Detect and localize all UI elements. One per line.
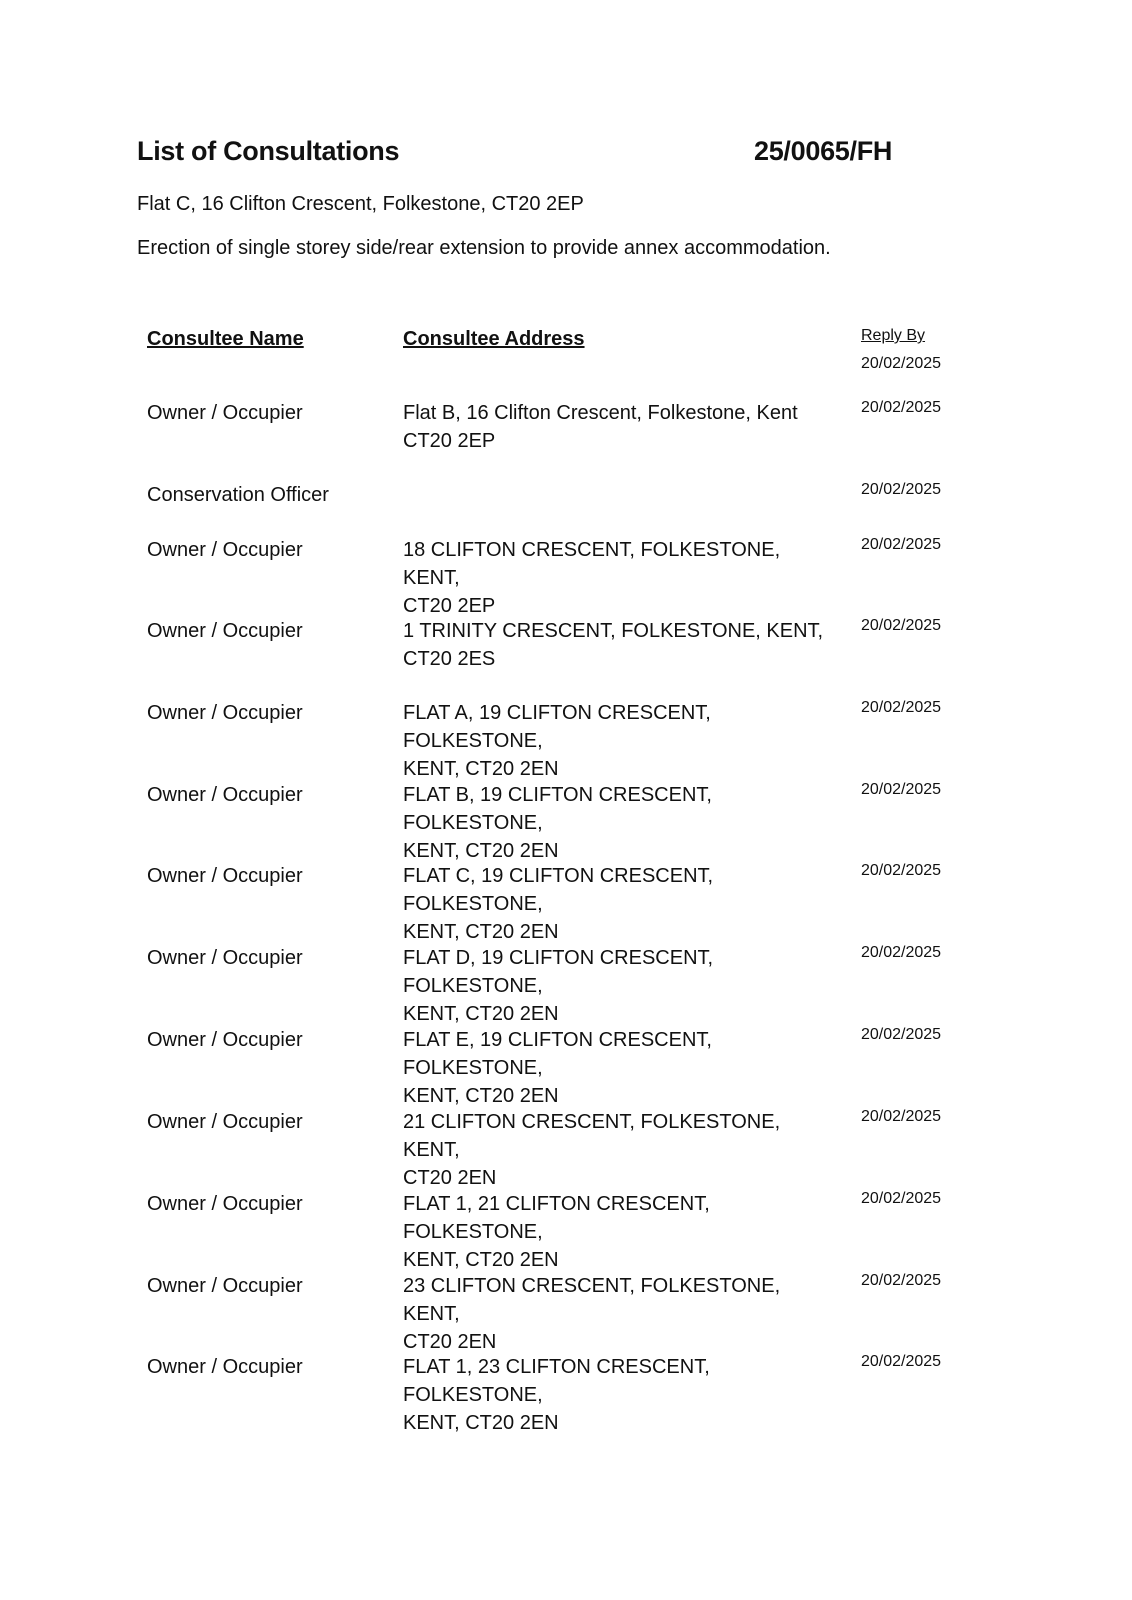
consultee-name: Owner / Occupier (147, 781, 303, 809)
reply-by-date: 20/02/2025 (861, 479, 941, 501)
table-row: Owner / OccupierFlat B, 16 Clifton Cresc… (0, 399, 1132, 469)
consultee-name: Owner / Occupier (147, 1272, 303, 1300)
consultee-address: FLAT 1, 21 CLIFTON CRESCENT, FOLKESTONE,… (403, 1190, 833, 1274)
consultee-address: Flat B, 16 Clifton Crescent, Folkestone,… (403, 399, 833, 455)
consultee-name: Owner / Occupier (147, 536, 303, 564)
consultee-name: Owner / Occupier (147, 699, 303, 727)
column-header-reply-by: Reply By (861, 327, 925, 345)
table-row: Owner / Occupier21 CLIFTON CRESCENT, FOL… (0, 1108, 1132, 1178)
reply-by-date: 20/02/2025 (861, 1188, 941, 1210)
consultee-address: FLAT A, 19 CLIFTON CRESCENT, FOLKESTONE,… (403, 699, 833, 783)
consultee-name: Owner / Occupier (147, 1026, 303, 1054)
reply-by-date: 20/02/2025 (861, 942, 941, 964)
table-row: Owner / OccupierFLAT D, 19 CLIFTON CRESC… (0, 944, 1132, 1014)
table-row: Owner / OccupierFLAT B, 19 CLIFTON CRESC… (0, 781, 1132, 851)
reply-by-date: 20/02/2025 (861, 397, 941, 419)
table-row: Owner / OccupierFLAT A, 19 CLIFTON CRESC… (0, 699, 1132, 769)
consultee-name: Owner / Occupier (147, 1108, 303, 1136)
consultee-address: 18 CLIFTON CRESCENT, FOLKESTONE, KENT, C… (403, 536, 833, 620)
table-row: Owner / OccupierFLAT 1, 23 CLIFTON CRESC… (0, 1353, 1132, 1423)
consultee-name: Owner / Occupier (147, 1353, 303, 1381)
table-row: Owner / Occupier23 CLIFTON CRESCENT, FOL… (0, 1272, 1132, 1342)
consultee-address: 21 CLIFTON CRESCENT, FOLKESTONE, KENT, C… (403, 1108, 833, 1192)
consultee-name: Conservation Officer (147, 481, 329, 509)
consultee-address: FLAT E, 19 CLIFTON CRESCENT, FOLKESTONE,… (403, 1026, 833, 1110)
site-address: Flat C, 16 Clifton Crescent, Folkestone,… (137, 193, 584, 216)
consultee-address: 1 TRINITY CRESCENT, FOLKESTONE, KENT, CT… (403, 617, 833, 673)
table-row: Owner / Occupier18 CLIFTON CRESCENT, FOL… (0, 536, 1132, 606)
reply-by-date: 20/02/2025 (861, 1024, 941, 1046)
consultee-name: Owner / Occupier (147, 862, 303, 890)
column-header-consultee-name: Consultee Name (147, 328, 304, 351)
reply-by-date: 20/02/2025 (861, 1270, 941, 1292)
proposal-description: Erection of single storey side/rear exte… (137, 237, 831, 260)
table-row: Owner / OccupierFLAT E, 19 CLIFTON CRESC… (0, 1026, 1132, 1096)
table-row: Owner / OccupierFLAT 1, 21 CLIFTON CRESC… (0, 1190, 1132, 1260)
document-page: List of Consultations 25/0065/FH Flat C,… (0, 0, 1132, 1600)
consultee-address: FLAT C, 19 CLIFTON CRESCENT, FOLKESTONE,… (403, 862, 833, 946)
reply-by-date: 20/02/2025 (861, 860, 941, 882)
consultee-address: FLAT 1, 23 CLIFTON CRESCENT, FOLKESTONE,… (403, 1353, 833, 1437)
document-title: List of Consultations (137, 136, 399, 167)
consultee-name: Owner / Occupier (147, 399, 303, 427)
reply-by-header-date: 20/02/2025 (861, 355, 941, 373)
application-reference: 25/0065/FH (754, 136, 892, 167)
reply-by-date: 20/02/2025 (861, 534, 941, 556)
consultee-address: FLAT B, 19 CLIFTON CRESCENT, FOLKESTONE,… (403, 781, 833, 865)
table-row: Owner / OccupierFLAT C, 19 CLIFTON CRESC… (0, 862, 1132, 932)
consultee-address: 23 CLIFTON CRESCENT, FOLKESTONE, KENT, C… (403, 1272, 833, 1356)
reply-by-date: 20/02/2025 (861, 697, 941, 719)
reply-by-date: 20/02/2025 (861, 779, 941, 801)
consultee-name: Owner / Occupier (147, 617, 303, 645)
consultee-address: FLAT D, 19 CLIFTON CRESCENT, FOLKESTONE,… (403, 944, 833, 1028)
column-header-consultee-address: Consultee Address (403, 328, 585, 351)
consultee-name: Owner / Occupier (147, 1190, 303, 1218)
reply-by-date: 20/02/2025 (861, 1106, 941, 1128)
title-row: List of Consultations 25/0065/FH (137, 136, 907, 176)
reply-by-date: 20/02/2025 (861, 1351, 941, 1373)
consultee-name: Owner / Occupier (147, 944, 303, 972)
table-row: Owner / Occupier1 TRINITY CRESCENT, FOLK… (0, 617, 1132, 687)
reply-by-date: 20/02/2025 (861, 615, 941, 637)
